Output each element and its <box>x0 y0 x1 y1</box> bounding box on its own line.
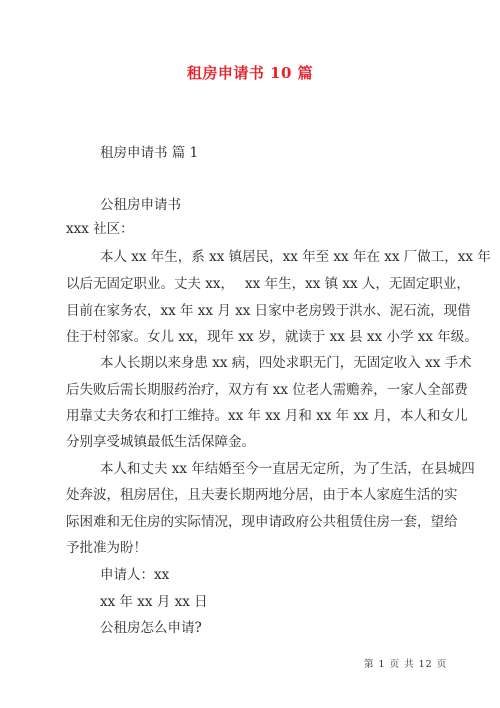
paragraph-line: 以后无固定职业。丈夫 xx， xx 年生，xx 镇 xx 人，无固定职业， <box>66 271 470 297</box>
document-title: 租房申请书 10 篇 <box>0 62 500 83</box>
next-heading: 公租房怎么申请? <box>100 615 202 641</box>
paragraph-line: 本人 xx 年生，系 xx 镇居民，xx 年至 xx 年在 xx 厂做工，xx … <box>100 244 491 270</box>
page-indicator: 第 1 页 共 12 页 <box>364 656 447 670</box>
paragraph-line: 予批准为盼！ <box>66 535 147 561</box>
paragraph-line: 后失败后需长期服药治疗，双方有 xx 位老人需赡养，一家人全部费 <box>66 377 468 403</box>
paragraph-line: 目前在家务农，xx 年 xx 月 xx 日家中老房毁于洪水、泥石流，现借 <box>66 298 471 324</box>
signature-date: xx 年 xx 月 xx 日 <box>100 589 208 615</box>
applicant-signature: 申请人：xx <box>100 562 169 588</box>
letter-title: 公租房申请书 <box>100 192 181 218</box>
document-page: 租房申请书 10 篇 租房申请书 篇 1 公租房申请书 xxx 社区： 本人 x… <box>0 0 500 708</box>
paragraph-line: 际困难和无住房的实际情况，现申请政府公共租赁住房一套，望给 <box>66 509 458 535</box>
section-heading: 租房申请书 篇 1 <box>100 140 198 166</box>
salutation: xxx 社区： <box>66 216 134 242</box>
paragraph-line: 本人和丈夫 xx 年结婚至今一直居无定所，为了生活，在县城四 <box>100 456 475 482</box>
paragraph-line: 本人长期以来身患 xx 病，四处求职无门，无固定收入 xx 手术 <box>100 350 472 376</box>
paragraph-line: 分别享受城镇最低生活保障金。 <box>66 429 255 455</box>
paragraph-line: 处奔波，租房居住，且夫妻长期两地分居，由于本人家庭生活的实 <box>66 482 458 508</box>
paragraph-line: 住于村邻家。女儿 xx，现年 xx 岁，就读于 xx 县 xx 小学 xx 年级… <box>66 324 478 350</box>
paragraph-line: 用靠丈夫务农和打工维持。xx 年 xx 月和 xx 年 xx 月，本人和女儿 <box>66 403 467 429</box>
